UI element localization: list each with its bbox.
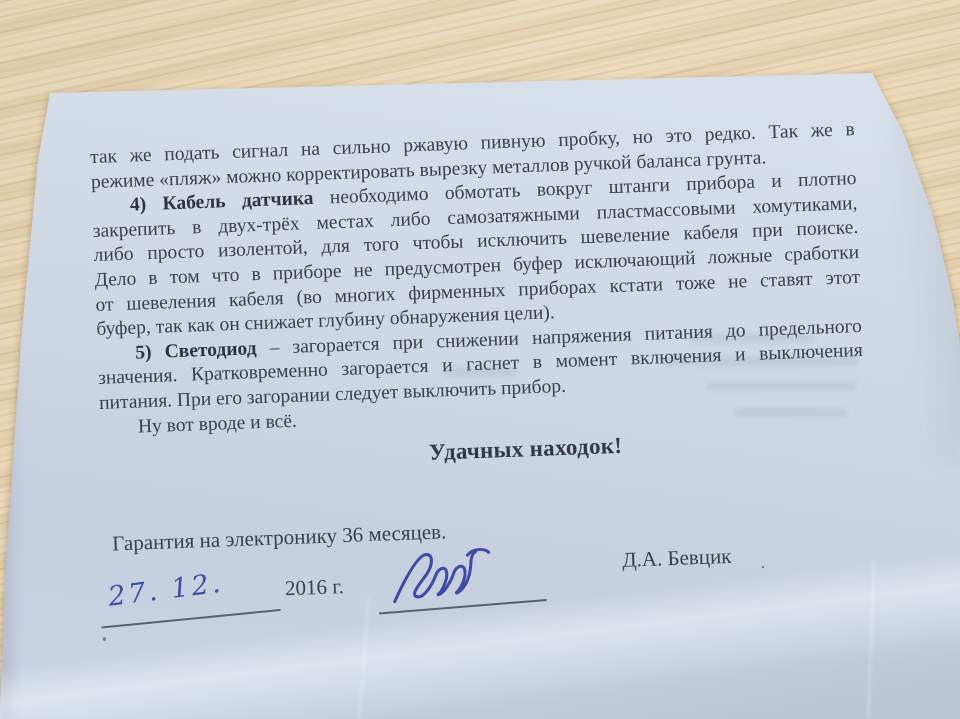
date-underline xyxy=(101,609,280,629)
paper-speck xyxy=(103,637,106,641)
name-period: . xyxy=(760,551,766,574)
signature-scribble xyxy=(387,545,501,611)
signer-name: Д.А. Бевцик xyxy=(622,544,732,573)
doc-line-text: Ну вот вроде и всё. xyxy=(138,410,298,437)
doc-line-bold: 5) Светодиод xyxy=(135,338,257,363)
year-label: 2016 г. xyxy=(285,574,345,601)
paper-sheet: так же подать сигнал на сильно ржавую пи… xyxy=(0,0,960,719)
photo-of-document: так же подать сигнал на сильно ржавую пи… xyxy=(0,0,960,719)
doc-line-bold: 4) Кабель датчика xyxy=(130,188,314,216)
handwritten-date: 27. 12. xyxy=(107,568,225,613)
printed-text-block: так же подать сигнал на сильно ржавую пи… xyxy=(90,118,873,651)
